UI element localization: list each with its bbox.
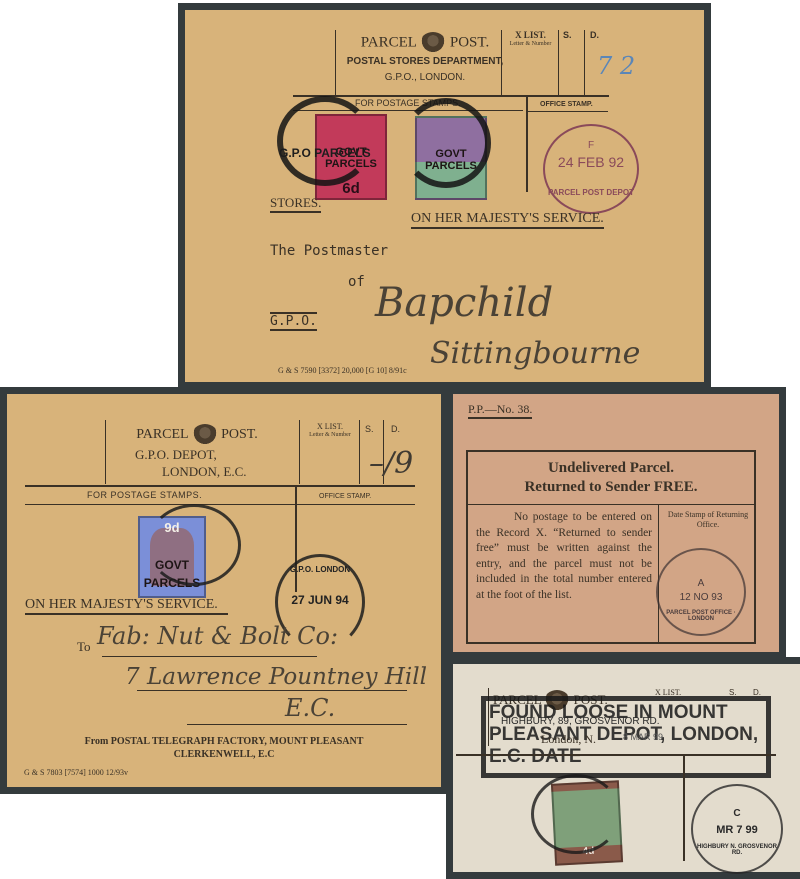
office-stamp-rule	[528, 111, 608, 112]
cancel-ring	[147, 504, 241, 586]
ohms-label: ON HER MAJESTY'S SERVICE.	[25, 597, 228, 615]
s-right-rule	[584, 30, 585, 95]
cancel-ring	[531, 774, 621, 854]
highbury-postmark: C MR 7 99 HIGHBURY N. GROSVENOR RD.	[691, 784, 783, 874]
postage-rule	[456, 754, 776, 756]
undelivered-parcel-label: P.P.—No. 38. Undelivered Parcel. Returne…	[446, 387, 786, 659]
handwritten-district: E.C.	[285, 694, 335, 722]
date-stamp-label: Date Stamp of Returning Office.	[664, 510, 752, 530]
postage-top-rule	[293, 95, 609, 97]
sender-address-line-2: London, N.	[541, 732, 596, 747]
handwritten-street: 7 Lawrence Pountney Hill	[125, 664, 427, 690]
cancel-ring-2	[401, 98, 491, 188]
dept-line-1: POSTAL STORES DEPARTMENT,	[340, 56, 510, 67]
handwritten-district: Sittingbourne	[430, 336, 640, 371]
form-number: P.P.—No. 38.	[468, 402, 532, 419]
handwritten-addressee: Fab: Nut & Bolt Co:	[97, 622, 338, 650]
cancel-text: G.P.O PARCELS	[279, 146, 371, 160]
heading-rule	[468, 504, 754, 505]
handwritten-amount: –/9	[369, 446, 413, 481]
notice-body: No postage to be entered on the Record X…	[476, 510, 652, 603]
xlist-label: X LIST.	[301, 422, 359, 431]
cancel-ring-1	[277, 96, 373, 186]
d-label: D.	[590, 30, 599, 40]
d-label: D.	[391, 424, 400, 434]
gpo-label: G.P.O.	[270, 312, 317, 331]
parcel-post-title: PARCEL POST.	[345, 32, 505, 54]
handwritten-town: Bapchild	[375, 280, 553, 326]
addressee-label: The Postmaster	[270, 243, 388, 259]
xlist-left-rule	[299, 420, 300, 484]
royal-crest-icon	[420, 32, 446, 54]
address-rule-2	[137, 690, 407, 691]
postage-top-rule	[25, 485, 415, 487]
dept-line-2: LONDON, E.C.	[162, 464, 247, 480]
returning-office-postmark: A 12 NO 93 PARCEL POST OFFICE · LONDON	[656, 548, 746, 636]
handstamp-line-3: E.C. DATE	[489, 746, 582, 768]
notice-heading-2: Returned to Sender FREE.	[468, 479, 754, 496]
parcel-post-label-fragment: PARCEL POST. X LIST. S. D. FOUND LOOSE I…	[446, 657, 800, 879]
postage-label: FOR POSTAGE STAMPS.	[87, 490, 202, 500]
to-label: To	[77, 639, 91, 655]
printer-footer: G & S 7590 [3372] 20,000 [G 10] 8/91c	[278, 366, 407, 375]
parcel-post-depot-postmark: F 24 FEB 92 PARCEL POST DEPOT	[543, 124, 639, 214]
parcel-post-label-stores-dept: PARCEL POST. POSTAL STORES DEPARTMENT, G…	[178, 3, 711, 389]
xlist-label: X LIST.	[503, 30, 558, 40]
s-label: S.	[365, 424, 374, 434]
address-rule-3	[187, 724, 407, 725]
ohms-label: ON HER MAJESTY'S SERVICE.	[411, 211, 604, 229]
header-left-rule	[105, 420, 106, 484]
parcel-post-title: PARCEL POST.	[112, 424, 282, 446]
postage-bottom-rule	[25, 504, 415, 505]
dept-line-2: G.P.O., LONDON.	[340, 72, 510, 83]
address-rule-1	[102, 656, 317, 657]
royal-crest-icon	[192, 424, 218, 446]
s-label: S.	[563, 30, 572, 40]
of-label: of	[348, 274, 365, 290]
xlist-sub: Letter & Number	[301, 432, 359, 438]
parcel-post-label-gpo-depot: PARCEL POST. G.P.O. DEPOT, LONDON, E.C. …	[0, 387, 448, 794]
xlist-right-rule	[359, 420, 360, 484]
dept-line-1: G.P.O. DEPOT,	[135, 447, 217, 463]
handwritten-amount: 7 2	[597, 52, 635, 80]
notice-box: Undelivered Parcel. Returned to Sender F…	[466, 450, 756, 644]
header-left-rule	[335, 30, 336, 95]
office-stamp-label: OFFICE STAMP.	[319, 493, 371, 500]
notice-heading-1: Undelivered Parcel.	[468, 460, 754, 477]
sender-address-line-1: HIGHBURY, 89, GROSVENOR RD.	[501, 716, 660, 727]
office-stamp-divider	[683, 756, 685, 861]
xlist-sub: Letter & Number	[503, 41, 558, 47]
xlist-left-rule	[501, 30, 502, 95]
from-line-2: CLERKENWELL, E.C	[7, 749, 441, 760]
office-stamp-label: OFFICE STAMP.	[540, 101, 593, 108]
inner-date: 8 MAR 99	[623, 732, 663, 742]
from-line-1: From POSTAL TELEGRAPH FACTORY, MOUNT PLE…	[7, 736, 441, 747]
printer-footer: G & S 7803 [7574] 1000 12/93v	[24, 768, 128, 777]
stores-label: STORES.	[270, 195, 321, 213]
xlist-right-rule	[558, 30, 559, 95]
